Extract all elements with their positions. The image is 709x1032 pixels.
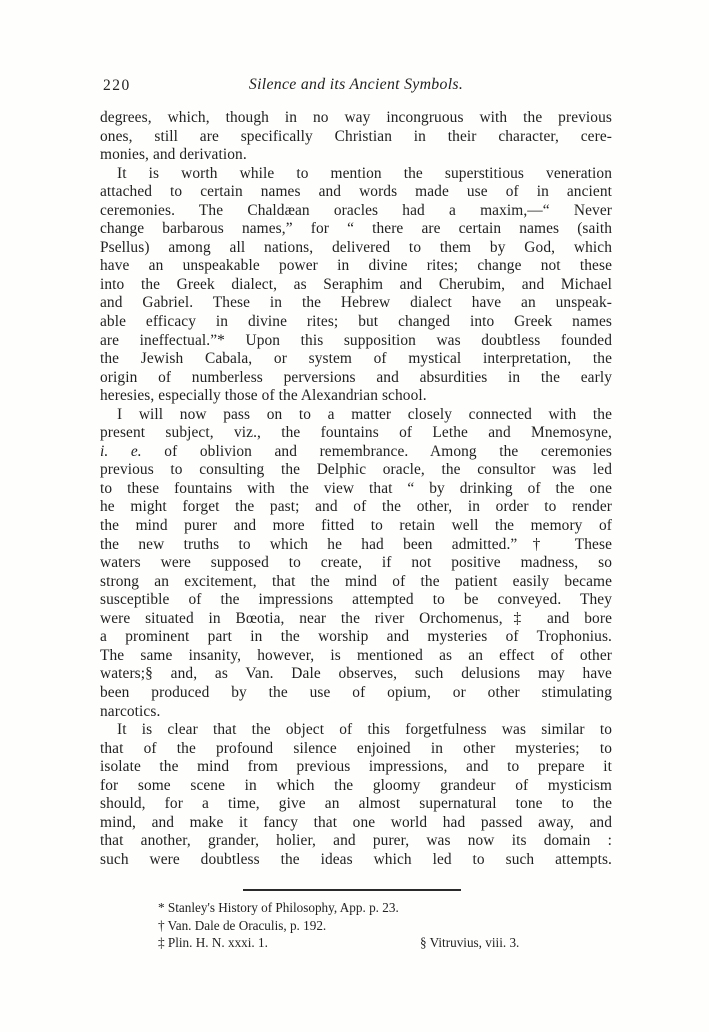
- footnote-text: † Van. Dale de Oraculis, p. 192.: [158, 918, 326, 933]
- text-line: and Gabriel. These in the Hebrew dialect…: [100, 294, 612, 313]
- text-line: into the Greek dialect, as Seraphim and …: [100, 276, 612, 295]
- footnote-line: ‡ Plin. H. N. xxxi. 1.§ Vitruvius, viii.…: [158, 934, 612, 952]
- footnotes: * Stanley's History of Philosophy, App. …: [158, 899, 612, 952]
- text-line: It is worth while to mention the superst…: [100, 165, 612, 184]
- text-line: isolate the mind from previous impressio…: [100, 758, 612, 777]
- text-line: the mind purer and more fitted to retain…: [100, 517, 612, 536]
- text-line: change barbarous names,” for “ there are…: [100, 220, 612, 239]
- footnote-text: * Stanley's History of Philosophy, App. …: [158, 900, 399, 915]
- text-line: are ineffectual.”* Upon this supposition…: [100, 332, 612, 351]
- footnote-line: * Stanley's History of Philosophy, App. …: [158, 899, 612, 917]
- running-title: Silence and its Ancient Symbols.: [100, 76, 612, 94]
- text-line: susceptible of the impressions attempted…: [100, 591, 612, 610]
- text-line: the Jewish Cabala, or system of mystical…: [100, 350, 612, 369]
- text-line: such were doubtless the ideas which led …: [100, 851, 612, 870]
- text-line: degrees, which, though in no way incongr…: [100, 109, 612, 128]
- text-line: waters;§ and, as Van. Dale observes, suc…: [100, 665, 612, 684]
- text-line: I will now pass on to a matter closely c…: [100, 406, 612, 425]
- text-line: monies, and derivation.: [100, 146, 612, 165]
- text-line: strong an excitement, that the mind of t…: [100, 573, 612, 592]
- text-line: previous to consulting the Delphic oracl…: [100, 461, 612, 480]
- text-line: attached to certain names and words made…: [100, 183, 612, 202]
- text-line: Psellus) among all nations, delivered to…: [100, 239, 612, 258]
- text-column: degrees, which, though in no way incongr…: [100, 109, 612, 869]
- text-line: mind, and make it fancy that one world h…: [100, 814, 612, 833]
- footnote-line: † Van. Dale de Oraculis, p. 192.: [158, 917, 612, 935]
- text-line: that of the profound silence enjoined in…: [100, 740, 612, 759]
- text-line: he might forget the past; and of the oth…: [100, 498, 612, 517]
- footnote-text-right: § Vitruvius, viii. 3.: [420, 934, 519, 952]
- text-line: ceremonies. The Chaldæan oracles had a m…: [100, 202, 612, 221]
- text-line: to these fountains with the view that “ …: [100, 480, 612, 499]
- text-line: been produced by the use of opium, or ot…: [100, 684, 612, 703]
- text-line: i. e. of oblivion and remembrance. Among…: [100, 443, 612, 462]
- text-line: It is clear that the object of this forg…: [100, 721, 612, 740]
- text-line: able efficacy in divine rites; but chang…: [100, 313, 612, 332]
- text-line: The same insanity, however, is mentioned…: [100, 647, 612, 666]
- text-line: have an unspeakable power in divine rite…: [100, 257, 612, 276]
- text-line: present subject, viz., the fountains of …: [100, 424, 612, 443]
- text-line: were situated in Bœotia, near the river …: [100, 610, 612, 629]
- text-line: ones, still are specifically Christian i…: [100, 128, 612, 147]
- book-page: 220 Silence and its Ancient Symbols. deg…: [0, 0, 709, 1032]
- text-line: a prominent part in the worship and myst…: [100, 628, 612, 647]
- footnote-text: ‡ Plin. H. N. xxxi. 1.: [158, 935, 268, 950]
- text-line: waters were supposed to create, if not p…: [100, 554, 612, 573]
- text-line: should, for a time, give an almost super…: [100, 795, 612, 814]
- text-line: for some scene in which the gloomy grand…: [100, 777, 612, 796]
- text-line: the new truths to which he had been admi…: [100, 536, 612, 555]
- text-line: narcotics.: [100, 703, 612, 722]
- text-line: origin of numberless perversions and abs…: [100, 369, 612, 388]
- text-line: that another, grander, holier, and purer…: [100, 832, 612, 851]
- page-header: 220 Silence and its Ancient Symbols.: [100, 76, 612, 98]
- page-number: 220: [103, 77, 131, 95]
- text-line: heresies, especially those of the Alexan…: [100, 387, 612, 406]
- footnote-separator: [243, 889, 461, 891]
